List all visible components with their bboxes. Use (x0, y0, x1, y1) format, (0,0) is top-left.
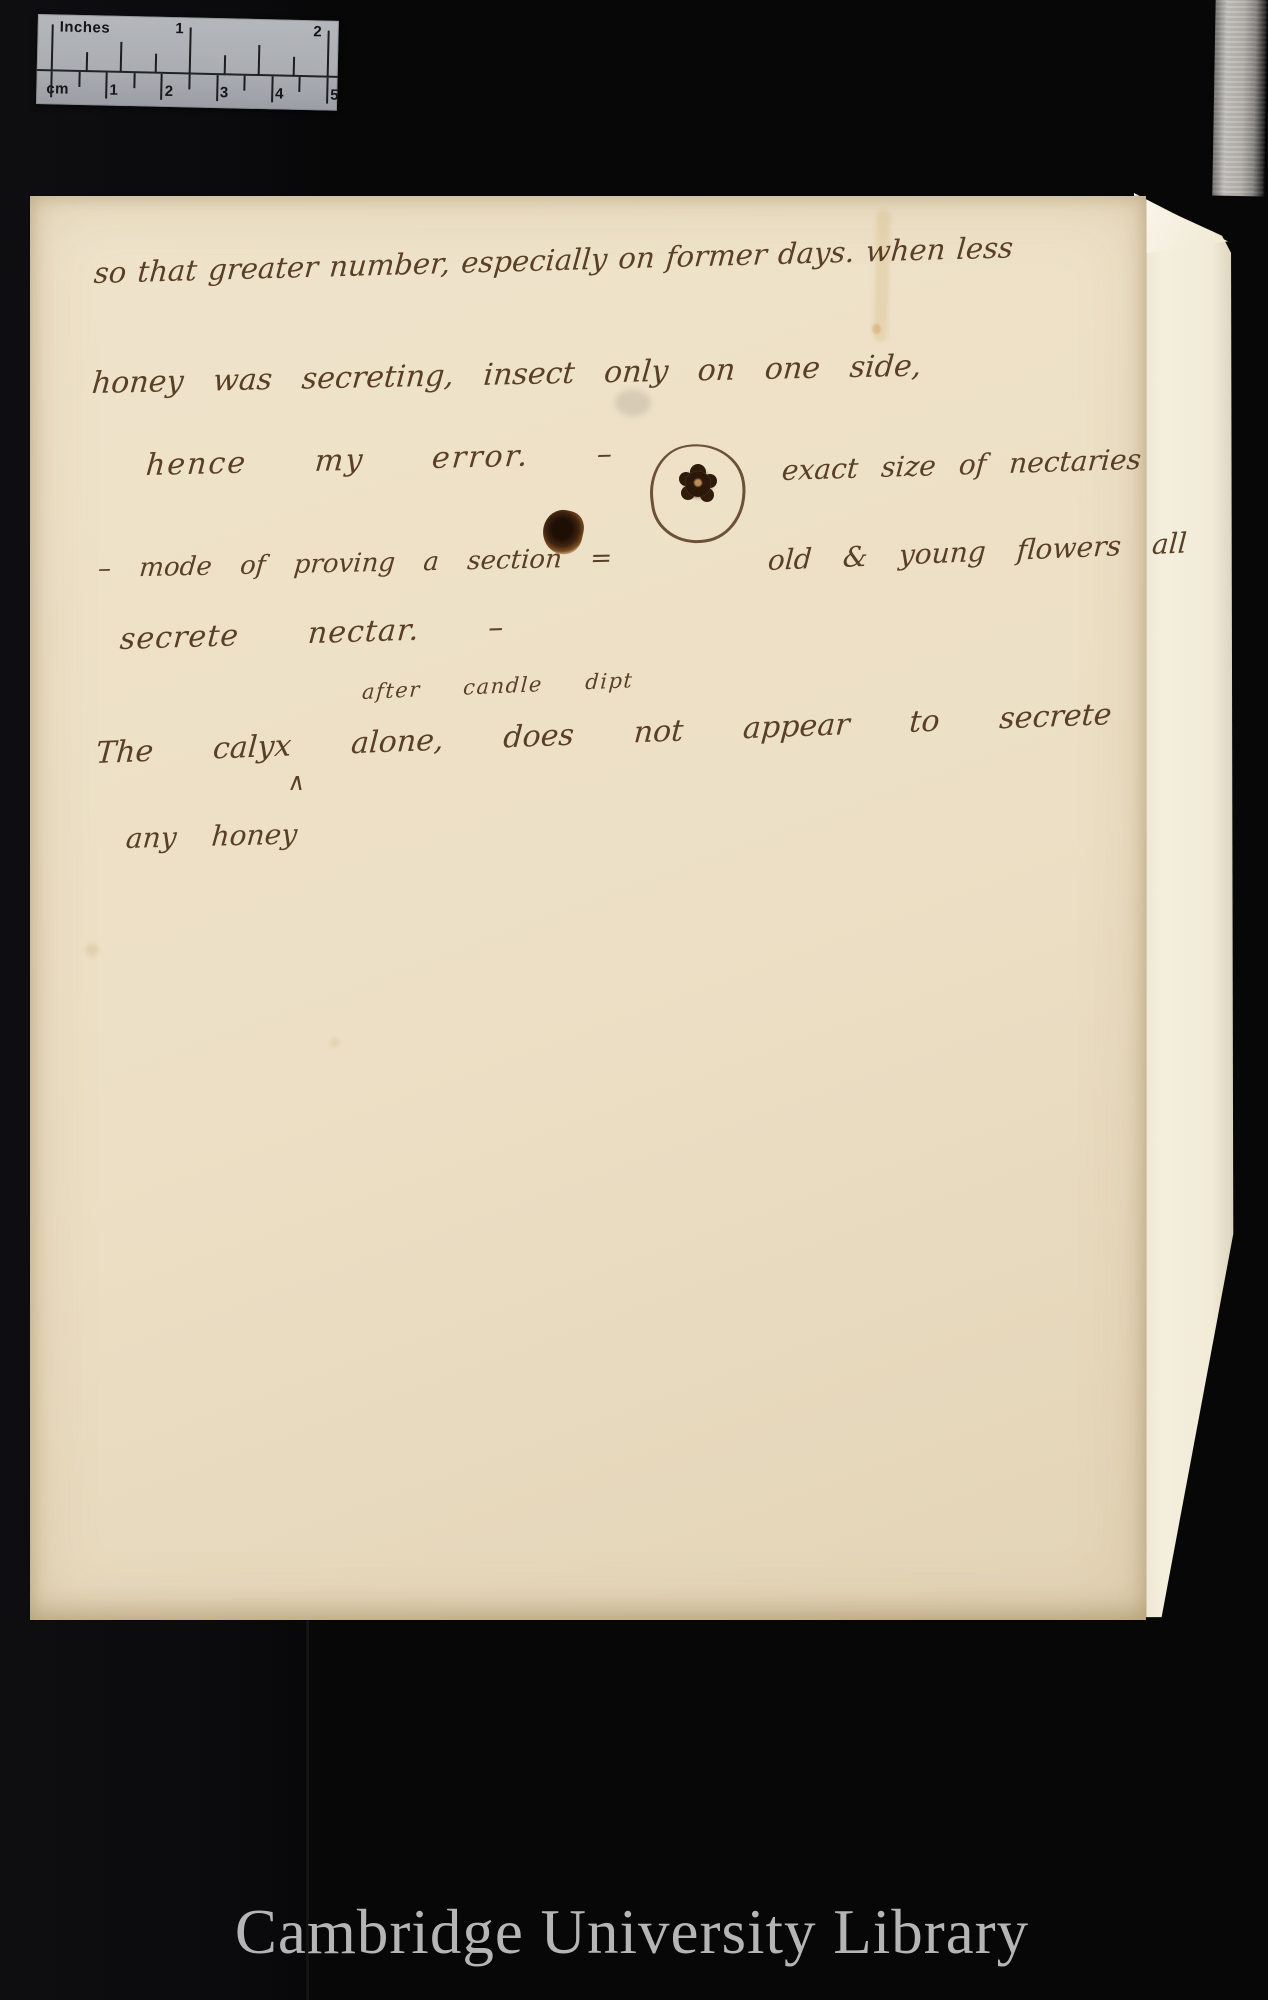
stain (86, 944, 98, 956)
ruler-number: 1 (166, 20, 184, 37)
ruler-tick (51, 24, 54, 70)
ruler-tick (154, 54, 156, 73)
ruler-number: 2 (164, 83, 178, 100)
ruler-number: 1 (109, 82, 123, 99)
measurement-ruler: Inches cm 1212345 (36, 14, 339, 111)
handwriting-line: any honey (125, 818, 299, 855)
book-fore-edge (1212, 0, 1267, 196)
ruler-tick (223, 55, 225, 74)
stain (873, 210, 890, 342)
ruler-tick (120, 42, 123, 72)
handwriting-line: ∧ (287, 768, 308, 796)
handwriting-line: hence my error. – (145, 437, 616, 483)
stain (330, 1038, 339, 1047)
ruler-number: 3 (220, 84, 234, 101)
stain (872, 324, 881, 334)
ruler-tick (85, 52, 87, 71)
ruler-tick (78, 72, 80, 87)
handwriting-line: old & young flowers all (767, 527, 1188, 577)
ruler-tick (216, 75, 219, 101)
handwriting-line: after candle dipt (361, 668, 634, 704)
stain (615, 390, 651, 416)
ruler-tick (160, 74, 163, 100)
ruler-inches-label: Inches (60, 18, 111, 36)
ruler-tick (299, 77, 301, 92)
ruler-number: 4 (275, 85, 289, 102)
handwriting-line: honey was secreting, insect only on one … (91, 349, 923, 401)
ruler-tick (105, 73, 108, 99)
ruler-tick (189, 27, 192, 73)
ruler-tick (326, 78, 329, 104)
handwriting-line: exact size of nectaries (781, 443, 1143, 487)
handwriting-line: The calyx alone, does not appear to secr… (95, 697, 1113, 771)
handwriting-line: secrete nectar. – (119, 610, 506, 657)
photograph-stage: so that greater number, especially on fo… (0, 0, 1268, 2000)
ruler-tick (244, 76, 246, 91)
ink-blot-icon (678, 464, 718, 504)
book-page-leaves (1212, 0, 1267, 196)
ruler-tick (258, 45, 261, 75)
handwriting-line: – mode of proving a section = (97, 543, 614, 584)
ink-blot-core (685, 471, 711, 497)
ruler-number: 2 (303, 23, 321, 40)
ruler-tick (188, 74, 190, 89)
ruler-tick (133, 73, 135, 88)
ruler-tick (327, 31, 330, 77)
ruler-tick (271, 76, 274, 102)
handwriting-line: so that greater number, especially on fo… (93, 230, 1015, 290)
ruler-number: 5 (330, 87, 339, 104)
ruler-tick (292, 57, 294, 76)
manuscript-page: so that greater number, especially on fo… (30, 196, 1146, 1620)
library-caption: Cambridge University Library (235, 1896, 1029, 1969)
